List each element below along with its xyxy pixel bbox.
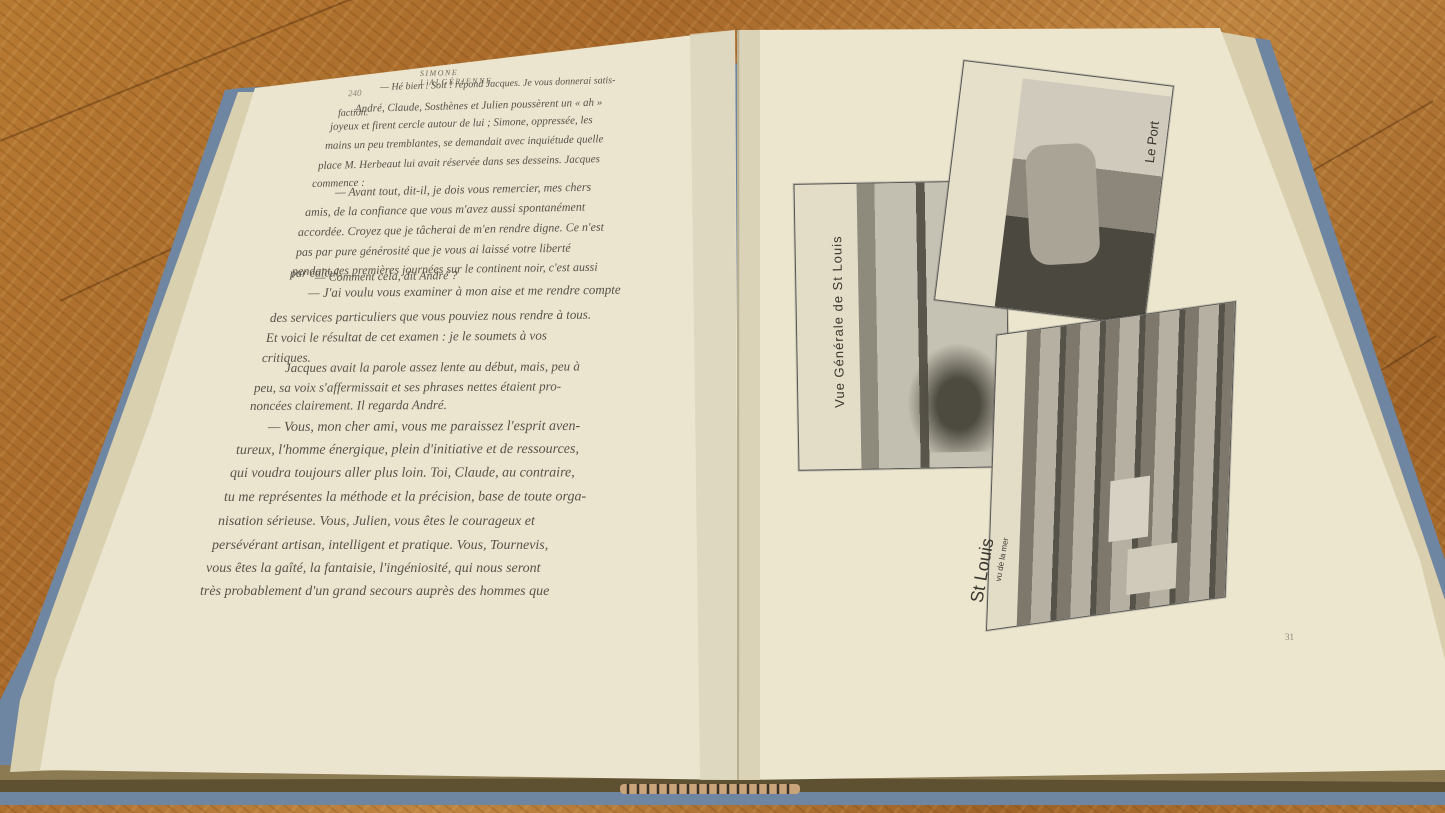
page-number-left: 240: [348, 88, 362, 98]
text-line: peu, sa voix s'affermissait et ses phras…: [254, 378, 561, 396]
text-line: persévérant artisan, intelligent et prat…: [212, 538, 548, 554]
palm-tree: [897, 331, 999, 453]
text-line: très probablement d'un grand secours aup…: [200, 584, 549, 600]
plate-caption: Vue Générale de St Louis: [829, 235, 847, 408]
plate-st-louis-mer: [986, 301, 1236, 631]
building: [1126, 543, 1177, 596]
text-line: des services particuliers que vous pouvi…: [270, 307, 591, 326]
headband: [620, 784, 800, 794]
text-line: Et voici le résultat de cet examen : je …: [266, 328, 547, 346]
gutter-shadow-right: [738, 30, 760, 780]
text-line: noncées clairement. Il regarda André.: [250, 397, 447, 414]
building: [1108, 476, 1150, 542]
text-line: qui voudra toujours aller plus loin. Toi…: [230, 465, 575, 482]
page-number-right: 31: [1285, 632, 1294, 642]
text-line: tu me représentes la méthode et la préci…: [224, 489, 586, 506]
text-line: — J'ai voulu vous examiner à mon aise et…: [308, 282, 621, 301]
plate-le-port: Le Port: [934, 60, 1174, 326]
text-line: — Vous, mon cher ami, vous me paraissez …: [268, 419, 580, 436]
text-line: tureux, l'homme énergique, plein d'initi…: [236, 442, 579, 459]
text-line: nisation sérieuse. Vous, Julien, vous êt…: [218, 514, 535, 530]
text-line: Jacques avait la parole assez lente au d…: [285, 358, 580, 376]
text-line: vous êtes la gaîté, la fantaisie, l'ingé…: [206, 561, 541, 577]
ship-shape: [1025, 142, 1101, 265]
text-line: — Comment cela, dit André ?: [315, 268, 458, 285]
